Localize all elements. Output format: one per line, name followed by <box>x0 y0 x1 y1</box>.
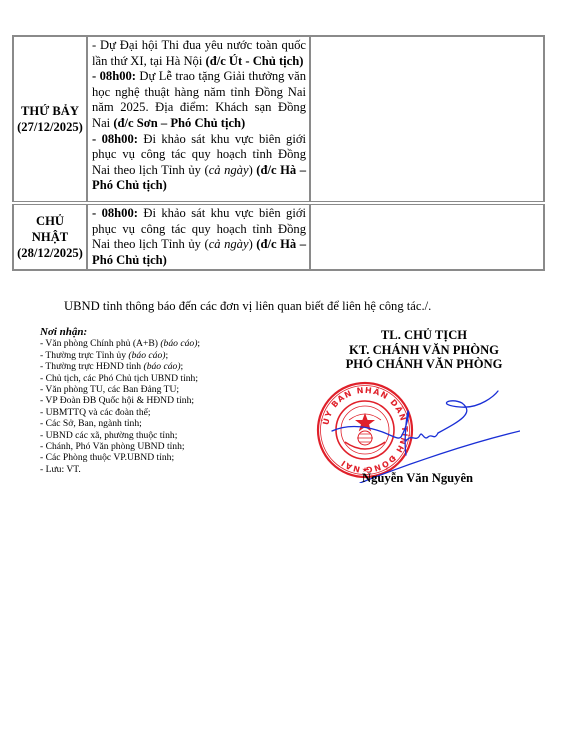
schedule-item: - 08h00: Đi khảo sát khu vực biên giới p… <box>92 206 306 268</box>
recipient-text: - Các Sở, Ban, ngành tỉnh; <box>40 418 142 429</box>
recipient-text: - Chủ tịch, các Phó Chủ tịch UBND tỉnh; <box>40 373 198 384</box>
recipient-item: - UBMTTQ và các đoàn thể; <box>40 407 200 418</box>
recipient-item: - UBND các xã, phường thuộc tỉnh; <box>40 430 200 441</box>
signature-line-1: TL. CHỦ TỊCH <box>315 328 533 343</box>
recipients-block: Nơi nhận: - Văn phòng Chính phủ (A+B) (b… <box>40 327 200 475</box>
recipients-title: Nơi nhận: <box>40 327 200 338</box>
day-name: CHỦ NHẬT <box>30 213 70 245</box>
recipient-note: (báo cáo) <box>128 350 165 361</box>
table-row: CHỦ NHẬT (28/12/2025) - 08h00: Đi khảo s… <box>13 203 544 270</box>
recipient-item: - Chủ tịch, các Phó Chủ tịch UBND tỉnh; <box>40 373 200 384</box>
recipient-text: - UBND các xã, phường thuộc tỉnh; <box>40 430 177 441</box>
recipient-text: ; <box>181 361 184 372</box>
recipient-note: (báo cáo) <box>144 361 181 372</box>
day-name: THỨ BẢY <box>15 103 85 119</box>
item-time: - 08h00: <box>92 69 136 83</box>
day-cell: THỨ BẢY (27/12/2025) <box>13 36 87 203</box>
item-note: cả ngày <box>209 237 249 251</box>
item-assignee: (đ/c Út - Chủ tịch) <box>206 54 304 68</box>
recipient-item: - Các Sở, Ban, ngành tỉnh; <box>40 418 200 429</box>
content-cell: - Dự Đại hội Thi đua yêu nước toàn quốc … <box>87 36 310 203</box>
recipient-text: - UBMTTQ và các đoàn thể; <box>40 407 151 418</box>
content-cell: - 08h00: Đi khảo sát khu vực biên giới p… <box>87 203 310 270</box>
schedule-item: - Dự Đại hội Thi đua yêu nước toàn quốc … <box>92 38 306 69</box>
recipient-text: - VP Đoàn ĐB Quốc hội & HĐND tỉnh; <box>40 395 194 406</box>
note-cell <box>310 36 544 203</box>
closing-statement: UBND tỉnh thông báo đến các đơn vị liên … <box>64 299 431 314</box>
recipient-item: - Văn phòng Chính phủ (A+B) (báo cáo); <box>40 338 200 349</box>
recipient-text: - Văn phòng TU, các Ban Đảng TU; <box>40 384 179 395</box>
recipient-text: ; <box>165 350 168 361</box>
signer-name: Nguyễn Văn Nguyên <box>362 471 473 486</box>
recipient-text: - Thường trực HĐND tỉnh <box>40 361 144 372</box>
handwritten-signature-icon <box>320 383 520 483</box>
table-row: THỨ BẢY (27/12/2025) - Dự Đại hội Thi đu… <box>13 36 544 203</box>
schedule-item: - 08h00: Dự Lễ trao tặng Giải thưởng văn… <box>92 69 306 131</box>
day-date: (28/12/2025) <box>15 245 85 261</box>
recipient-item: - Lưu: VT. <box>40 464 200 475</box>
recipients-list: - Văn phòng Chính phủ (A+B) (báo cáo);- … <box>40 338 200 475</box>
recipient-text: ; <box>197 338 200 349</box>
schedule-table: THỨ BẢY (27/12/2025) - Dự Đại hội Thi đu… <box>12 35 545 271</box>
recipient-text: - Lưu: VT. <box>40 464 81 475</box>
recipient-item: - Các Phòng thuộc VP.UBND tỉnh; <box>40 452 200 463</box>
recipient-text: - Văn phòng Chính phủ (A+B) <box>40 338 160 349</box>
day-date: (27/12/2025) <box>15 119 85 135</box>
day-cell: CHỦ NHẬT (28/12/2025) <box>13 203 87 270</box>
note-cell <box>310 203 544 270</box>
recipient-item: - VP Đoàn ĐB Quốc hội & HĐND tỉnh; <box>40 395 200 406</box>
recipient-item: - Chánh, Phó Văn phòng UBND tỉnh; <box>40 441 200 452</box>
item-assignee: (đ/c Sơn – Phó Chủ tịch) <box>113 116 245 130</box>
recipient-item: - Thường trực Tỉnh ủy (báo cáo); <box>40 350 200 361</box>
signature-block: TL. CHỦ TỊCH KT. CHÁNH VĂN PHÒNG PHÓ CHÁ… <box>315 328 533 372</box>
signature-line-3: PHÓ CHÁNH VĂN PHÒNG <box>315 357 533 372</box>
signature-line-2: KT. CHÁNH VĂN PHÒNG <box>315 343 533 358</box>
recipient-text: - Thường trực Tỉnh ủy <box>40 350 128 361</box>
item-note: cả ngày <box>209 163 249 177</box>
recipient-text: - Chánh, Phó Văn phòng UBND tỉnh; <box>40 441 185 452</box>
item-time: - 08h00: <box>92 132 138 146</box>
recipient-item: - Thường trực HĐND tỉnh (báo cáo); <box>40 361 200 372</box>
recipient-item: - Văn phòng TU, các Ban Đảng TU; <box>40 384 200 395</box>
recipient-text: - Các Phòng thuộc VP.UBND tỉnh; <box>40 452 174 463</box>
schedule-item: - 08h00: Đi khảo sát khu vực biên giới p… <box>92 132 306 194</box>
recipient-note: (báo cáo) <box>160 338 197 349</box>
item-time: - 08h00: <box>92 206 138 220</box>
